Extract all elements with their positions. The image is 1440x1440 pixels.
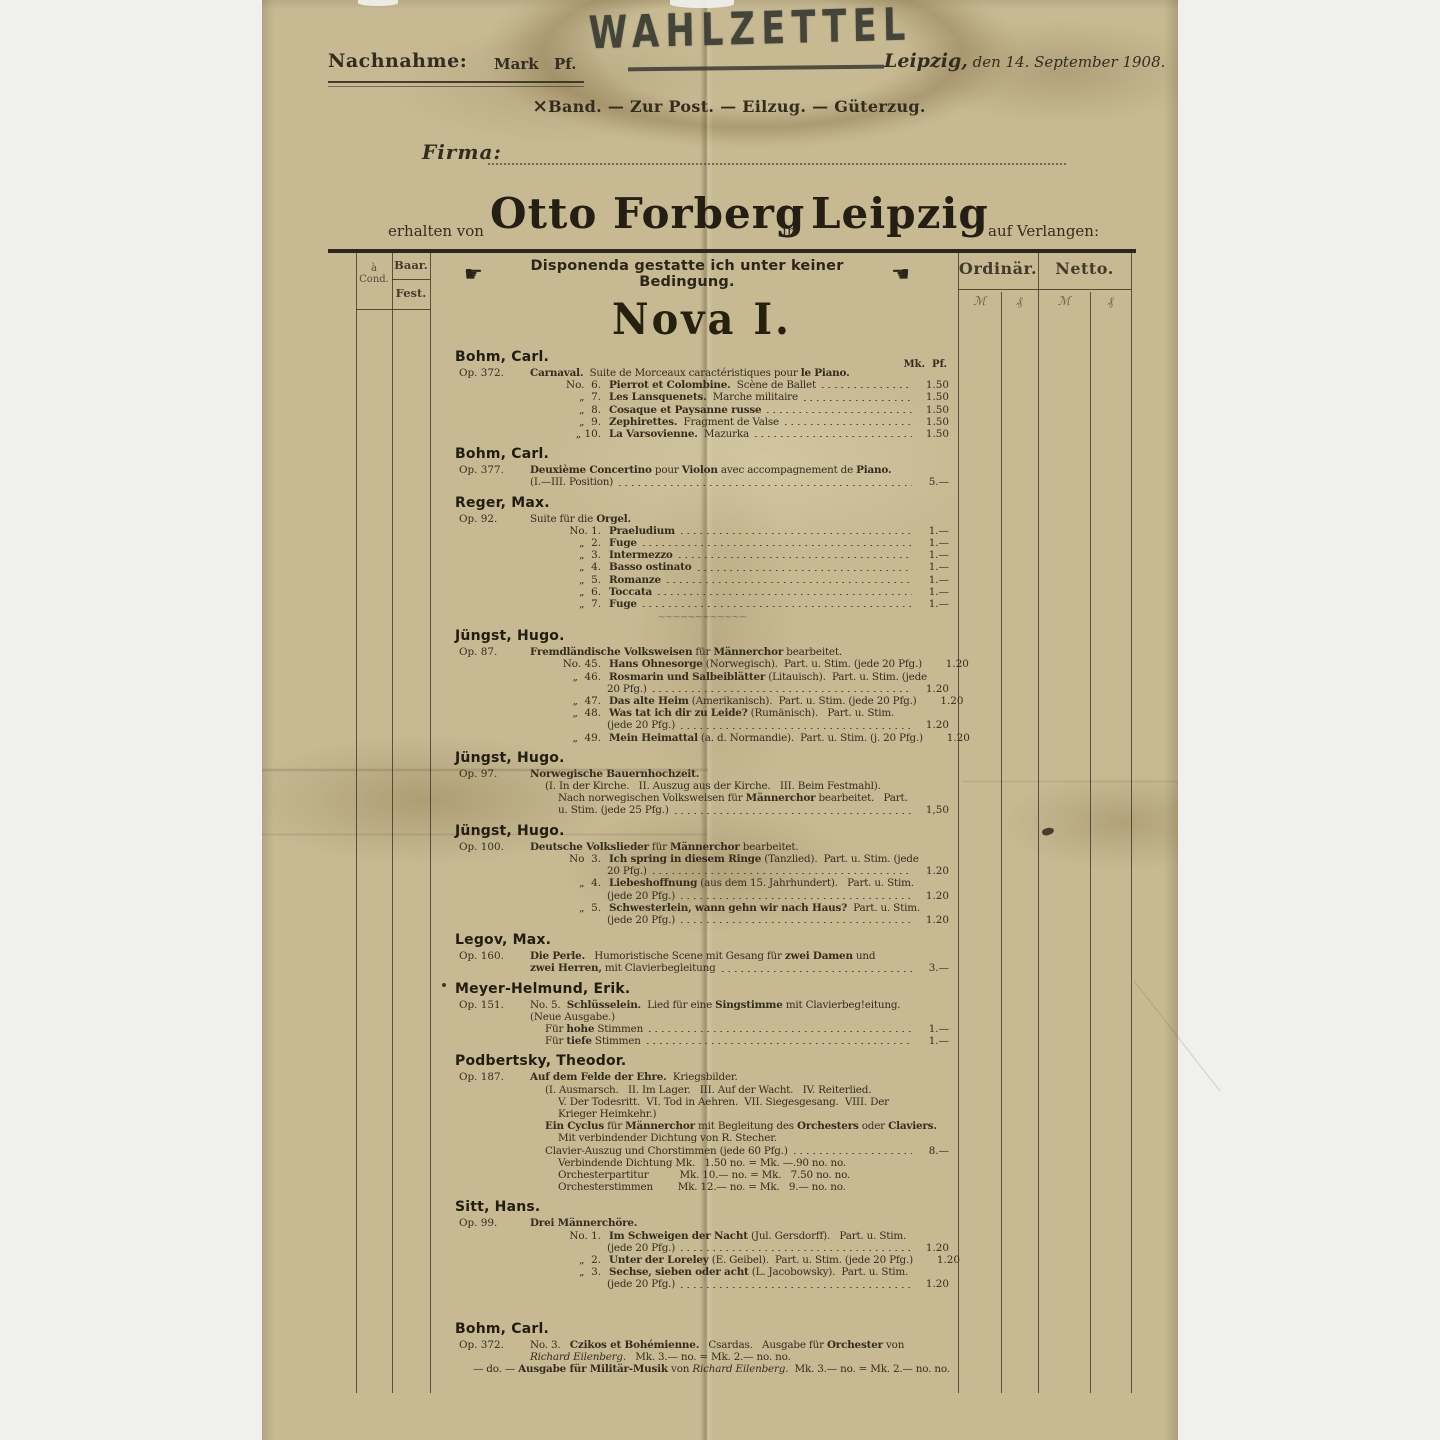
price: 1.— [915,561,949,573]
pf-label: Pf. [554,55,576,73]
shipping-options-line: ×Band. — Zur Post. — Eilzug. — Güterzug. [532,95,925,117]
price: 3.— [915,962,949,974]
catalog-row: No. 1.Praeludium1.— [455,525,949,537]
col-header-fest: Fest. [392,286,430,300]
catalog-row: „ 4.Basso ostinato1.— [455,561,949,573]
ink-speck [1041,826,1055,836]
dot-leader [929,740,933,741]
price: 1.— [915,1023,949,1035]
item-text: (Neue Ausgabe.) [530,1011,615,1023]
catalog-row: „ 9.Zephirettes. Fragment de Valse1.50 [455,416,949,428]
catalog-section: Podbertsky, Theodor.Op. 187.Auf dem Feld… [455,1053,949,1193]
catalog-row: — do. — Ausgabe für Militär-Musik von Ri… [455,1363,949,1375]
catalog-row: Verbindende Dichtung Mk. 1.50 no. = Mk. … [455,1157,949,1169]
price: 1.— [915,525,949,537]
mark-label: Mark [494,55,539,73]
item-text: Romanze [609,574,661,586]
price: 1.20 [936,732,970,744]
catalog-row: „ 2.Fuge1.— [455,537,949,549]
opus-label: Op. 99. [459,1217,527,1229]
item-text: Orchesterstimmen Mk. 12.— no. = Mk. 9.— … [558,1181,846,1193]
catalog-section: Jüngst, Hugo.Op. 87.Fremdländische Volks… [455,628,949,744]
catalog-row: Orchesterstimmen Mk. 12.— no. = Mk. 9.— … [455,1181,949,1193]
item-number: „ 7. [561,598,601,610]
catalog-section: Bohm, Carl.Op. 372.Carnaval. Suite de Mo… [455,349,949,440]
column-rule [356,253,357,1393]
dot-leader [681,1250,912,1251]
dot-leader [928,667,932,668]
catalog-row: Clavier-Auszug und Chorstimmen (jede 60 … [455,1145,949,1157]
catalog-row: Op. 160.Die Perle. Humoristische Scene m… [455,950,949,962]
catalog-row: „ 8.Cosaque et Paysanne russe1.50 [455,404,949,416]
catalog-section: Meyer-Helmund, Erik.Op. 151.No. 5. Schlü… [455,981,949,1048]
dot-leader [804,400,912,401]
item-number: „ 4. [561,561,601,573]
catalog-row: Op. 97.Norwegische Bauernhochzeit. [455,768,949,780]
opus-label: Op. 92. [459,513,527,525]
price: 1.— [915,549,949,561]
item-number: „ 2. [561,1254,601,1266]
item-number: „ 49. [561,732,601,744]
price: 1.20 [915,914,949,926]
item-text: Hans Ohnesorge (Norwegisch). Part. u. St… [609,658,922,670]
catalog-row: Op. 377.Deuxième Concertino pour Violon … [455,464,949,476]
dot-leader [681,533,912,534]
catalog-row: „ 3.Intermezzo1.— [455,549,949,561]
in-label: in [782,222,796,240]
item-text: (jede 20 Pfg.) [607,719,675,731]
dot-leader [794,1153,912,1154]
item-number: „ 47. [561,695,601,707]
item-text: u. Stim. (jede 25 Pfg.) [558,804,669,816]
item-number: No. 1. [561,525,601,537]
item-number: „ 4. [561,877,601,889]
nachnahme-underline [328,86,584,87]
catalog-row: (Neue Ausgabe.) [455,1011,949,1023]
pfennig-symbol: ₰ [1090,294,1131,309]
price: 1.50 [915,404,949,416]
received-prefix: erhalten von [388,222,484,240]
catalog-row: „ 10.La Varsovienne. Mazurka1.50 [455,428,949,440]
dot-leader [679,557,912,558]
composer-heading: Reger, Max. [455,495,949,511]
shipping-options: Band. — Zur Post. — Eilzug. — Güterzug. [548,97,926,116]
dot-leader [785,424,912,425]
cross-mark-icon: × [532,95,548,117]
item-text: Fuge [609,598,637,610]
price: 1.50 [915,391,949,403]
catalog-row: „ 7.Les Lansquenets. Marche militaire1.5… [455,391,949,403]
catalog-title: Nova I. [455,295,949,345]
dot-leader [923,703,927,704]
catalog-row: Op. 99.Drei Männerchöre. [455,1217,949,1229]
ink-dot [442,983,446,987]
opus-label: Op. 377. [459,464,527,476]
item-text: Ich spring in diesem Ringe (Tanzlied). P… [609,853,919,865]
catalog-row: Op. 372.No. 3. Czikos et Bohémienne. Csa… [455,1339,949,1351]
dot-leader [667,582,912,583]
catalog: Nova I. Mk. Pf. Bohm, Carl.Op. 372.Carna… [455,297,949,1375]
catalog-row: Für hohe Stimmen1.— [455,1023,949,1035]
catalog-row: „ 7.Fuge1.— [455,598,949,610]
item-text: (jede 20 Pfg.) [607,890,675,902]
catalog-row: Orchesterpartitur Mk. 10.— no. = Mk. 7.5… [455,1169,949,1181]
composer-heading: Bohm, Carl. [455,1321,949,1337]
column-rule [1131,253,1132,1393]
column-rule [958,253,959,1393]
catalog-sections: Bohm, Carl.Op. 372.Carnaval. Suite de Mo… [455,349,949,1375]
opus-label: Op. 160. [459,950,527,962]
price: 1.50 [915,428,949,440]
catalog-row: Richard Eilenberg. Mk. 3.— no. = Mk. 2.—… [455,1351,949,1363]
opus-label: Op. 87. [459,646,527,658]
item-text: Schwesterlein, wann gehn wir nach Haus? … [609,902,920,914]
item-text: Toccata [609,586,652,598]
catalog-section: Jüngst, Hugo.Op. 97.Norwegische Bauernho… [455,750,949,817]
dot-leader [649,1031,912,1032]
item-text: Norwegische Bauernhochzeit. [530,768,699,780]
catalog-section: Legov, Max.Op. 160.Die Perle. Humoristis… [455,932,949,974]
catalog-row: „ 2.Unter der Loreley (E. Geibel). Part.… [455,1254,949,1266]
item-text: (I. In der Kirche. II. Auszug aus der Ki… [545,780,881,792]
catalog-row: (jede 20 Pfg.)1.20 [455,719,949,731]
price: 1.20 [915,1278,949,1290]
catalog-row: zwei Herren, mit Clavierbegleitung3.— [455,962,949,974]
composer-heading: Jüngst, Hugo. [455,750,949,766]
item-number: No. 45. [561,658,601,670]
price: 1.— [915,598,949,610]
publisher-city: Leipzig [811,189,989,238]
item-number: „ 3. [561,549,601,561]
opus-label: Op. 372. [459,1339,527,1351]
item-text: Ein Cyclus für Männerchor mit Begleitung… [545,1120,937,1132]
item-text: Cosaque et Paysanne russe [609,404,761,416]
item-text: (I. Ausmarsch. II. Im Lager. III. Auf de… [545,1084,871,1096]
dot-leader [681,922,912,923]
header-divider-rule [392,279,430,280]
item-number: „ 2. [561,537,601,549]
catalog-row: „ 48.Was tat ich dir zu Leide? (Rumänisc… [455,707,949,719]
right-pointing-manicule-icon: ☛ [464,264,483,285]
dateline-city: Leipzig, [884,50,968,72]
item-text: Zephirettes. Fragment de Valse [609,416,779,428]
price: 1.20 [926,1254,960,1266]
price: 8.— [915,1145,949,1157]
item-text: Das alte Heim (Amerikanisch). Part. u. S… [609,695,917,707]
catalog-row: Op. 372.Carnaval. Suite de Morceaux cara… [455,367,949,379]
mark-symbol: ℳ [958,294,1001,308]
price: 1.20 [915,890,949,902]
opus-label: Op. 100. [459,841,527,853]
item-text: Drei Männerchöre. [530,1217,637,1229]
dot-leader [653,873,912,874]
item-text: Suite für die Orgel. [530,513,631,525]
received-suffix: auf Verlangen: [988,222,1099,240]
catalog-row: Op. 187.Auf dem Felde der Ehre. Kriegsbi… [455,1071,949,1083]
catalog-row: No 3.Ich spring in diesem Ringe (Tanzlie… [455,853,949,865]
mark-symbol: ℳ [1038,294,1090,308]
catalog-row: „ 46.Rosmarin und Salbeiblätter (Litauis… [455,671,949,683]
catalog-row: (jede 20 Pfg.)1.20 [455,914,949,926]
column-rule [1038,253,1039,1393]
horizontal-fold-crease [962,780,1178,783]
item-text: — do. — Ausgabe für Militär-Musik von Ri… [473,1363,950,1375]
composer-heading: Jüngst, Hugo. [455,628,949,644]
catalog-row: (I. In der Kirche. II. Auszug aus der Ki… [455,780,949,792]
catalog-section: Bohm, Carl.Op. 377.Deuxième Concertino p… [455,446,949,488]
diagonal-crease [1133,980,1221,1092]
header-divider-rule [356,309,430,310]
composer-heading: Meyer-Helmund, Erik. [455,981,949,997]
item-text: 20 Pfg.) [607,865,647,877]
column-rule [392,253,393,1393]
item-text: Mit verbindender Dichtung von R. Stecher… [558,1132,777,1144]
dot-leader [643,545,912,546]
col-header-a-cond: à Cond. [356,263,392,285]
catalog-row: u. Stim. (jede 25 Pfg.)1,50 [455,804,949,816]
dot-leader [698,570,912,571]
opus-label: Op. 372. [459,367,527,379]
item-text: 20 Pfg.) [607,683,647,695]
item-number: „ 46. [561,671,601,683]
paper-sheet: WAHLZETTEL Nachnahme: Mark Pf. Leipzig, … [262,0,1178,1440]
catalog-row: No. 6.Pierrot et Colombine. Scène de Bal… [455,379,949,391]
price: 1.— [915,1035,949,1047]
item-text: (I.—III. Position) [530,476,613,488]
item-text: Für hohe Stimmen [545,1023,643,1035]
item-number: No. 1. [561,1230,601,1242]
table-top-rule [328,249,1136,253]
dot-leader [681,1287,912,1288]
item-text: Deutsche Volkslieder für Männerchor bear… [530,841,798,853]
column-rule [430,253,431,1393]
price: 1.20 [915,1242,949,1254]
catalog-row: (jede 20 Pfg.)1.20 [455,890,949,902]
item-number: „ 6. [561,586,601,598]
item-text: Intermezzo [609,549,673,561]
item-number: No 3. [561,853,601,865]
column-rule [1001,292,1002,1393]
item-text: Carnaval. Suite de Morceaux caractéristi… [530,367,850,379]
dot-leader [619,485,912,486]
catalog-row: No. 1.Im Schweigen der Nacht (Jul. Gersd… [455,1230,949,1242]
catalog-row: Mit verbindender Dichtung von R. Stecher… [455,1132,949,1144]
item-text: Clavier-Auszug und Chorstimmen (jede 60 … [545,1145,788,1157]
item-number: „ 3. [561,1266,601,1278]
price: 1.20 [915,865,949,877]
catalog-row: (jede 20 Pfg.)1.20 [455,1278,949,1290]
item-text: Auf dem Felde der Ehre. Kriegsbilder. [530,1071,738,1083]
column-rule [1090,292,1091,1393]
dateline-date: den 14. September 1908. [968,53,1166,71]
col-header-netto: Netto. [1038,259,1131,278]
catalog-row: „ 4.Liebeshoffnung (aus dem 15. Jahrhund… [455,877,949,889]
catalog-row: 20 Pfg.)1.20 [455,865,949,877]
item-text: No. 3. Czikos et Bohémienne. Csardas. Au… [530,1339,904,1351]
nachnahme-underline [328,81,584,83]
item-text: Richard Eilenberg. Mk. 3.— no. = Mk. 2.—… [530,1351,791,1363]
catalog-row: „ 5.Schwesterlein, wann gehn wir nach Ha… [455,902,949,914]
item-text: La Varsovienne. Mazurka [609,428,749,440]
price: 5.— [915,476,949,488]
catalog-row: „ 3.Sechse, sieben oder acht (L. Jacobow… [455,1266,949,1278]
header-divider-rule [958,289,1131,290]
catalog-row: „ 6.Toccata1.— [455,586,949,598]
item-text: Orchesterpartitur Mk. 10.— no. = Mk. 7.5… [558,1169,850,1181]
item-text: Für tiefe Stimmen [545,1035,641,1047]
catalog-row: „ 5.Romanze1.— [455,574,949,586]
item-text: (jede 20 Pfg.) [607,1278,675,1290]
item-text: Fremdländische Volksweisen für Männercho… [530,646,842,658]
dot-leader [681,898,912,899]
item-text: No. 5. Schlüsselein. Lied für eine Sings… [530,999,900,1011]
catalog-section: Bohm, Carl.Op. 372.No. 3. Czikos et Bohé… [455,1321,949,1376]
price: 1.20 [915,719,949,731]
catalog-row: Op. 92.Suite für die Orgel. [455,513,949,525]
catalog-section: Sitt, Hans.Op. 99.Drei Männerchöre.No. 1… [455,1199,949,1290]
composer-heading: Bohm, Carl. [455,349,949,365]
item-number: „ 5. [561,574,601,586]
paper-tear-notch [358,0,398,6]
catalog-row: No. 45.Hans Ohnesorge (Norwegisch). Part… [455,658,949,670]
price: 1.— [915,586,949,598]
catalog-row: Op. 151.No. 5. Schlüsselein. Lied für ei… [455,999,949,1011]
item-number: No. 6. [561,379,601,391]
firma-fill-in-line [488,141,1066,165]
composer-heading: Bohm, Carl. [455,446,949,462]
item-number: „ 9. [561,416,601,428]
price: 1.20 [935,658,969,670]
price: 1,50 [915,804,949,816]
item-text: Praeludium [609,525,675,537]
nachnahme-label: Nachnahme: [328,50,467,72]
publisher-name: Otto Forberg [490,189,805,238]
item-text: (jede 20 Pfg.) [607,1242,675,1254]
item-text: Les Lansquenets. Marche militaire [609,391,798,403]
price: 1.— [915,537,949,549]
composer-heading: Sitt, Hans. [455,1199,949,1215]
left-pointing-manicule-icon: ☚ [891,264,910,285]
dateline: Leipzig, den 14. September 1908. [884,50,1165,72]
item-text: Krieger Heimkehr.) [558,1108,656,1120]
price: 1.50 [915,379,949,391]
item-number: „ 5. [561,902,601,914]
item-text: Rosmarin und Salbeiblätter (Litauisch). … [609,671,927,683]
dot-leader [653,691,912,692]
item-text: Liebeshoffnung (aus dem 15. Jahrhundert)… [609,877,914,889]
item-text: zwei Herren, mit Clavierbegleitung [530,962,716,974]
catalog-row: Krieger Heimkehr.) [455,1108,949,1120]
price: 1.20 [930,695,964,707]
catalog-row: Op. 100.Deutsche Volkslieder für Männerc… [455,841,949,853]
catalog-row: Nach norwegischen Volksweisen für Männer… [455,792,949,804]
catalog-row: Für tiefe Stimmen1.— [455,1035,949,1047]
disponenda-notice: Disponenda gestatte ich unter keiner Bed… [483,258,891,290]
dot-leader [681,728,912,729]
item-text: Nach norwegischen Volksweisen für Männer… [558,792,908,804]
col-header-ordinar: Ordinär. [958,259,1038,278]
item-text: Sechse, sieben oder acht (L. Jacobowsky)… [609,1266,908,1278]
catalog-row: (I. Ausmarsch. II. Im Lager. III. Auf de… [455,1084,949,1096]
catalog-row: (I.—III. Position)5.— [455,476,949,488]
price: 1.20 [915,683,949,695]
dot-leader [822,387,912,388]
item-text: Mein Heimattal (a. d. Normandie). Part. … [609,732,923,744]
dot-leader [722,971,912,972]
item-number: „ 7. [561,391,601,403]
pfennig-symbol: ₰ [1001,294,1038,309]
item-text: Unter der Loreley (E. Geibel). Part. u. … [609,1254,913,1266]
price: 1.50 [915,416,949,428]
item-text: Verbindende Dichtung Mk. 1.50 no. = Mk. … [558,1157,846,1169]
item-text: Pierrot et Colombine. Scène de Ballet [609,379,816,391]
item-text: (jede 20 Pfg.) [607,914,675,926]
item-text: V. Der Todesritt. VI. Tod in Aehren. VII… [558,1096,889,1108]
item-text: Im Schweigen der Nacht (Jul. Gersdorff).… [609,1230,906,1242]
item-text: Basso ostinato [609,561,692,573]
dot-leader [767,412,912,413]
col-header-baar: Baar. [392,258,430,272]
catalog-row: 20 Pfg.)1.20 [455,683,949,695]
dot-leader [658,594,912,595]
catalog-section: Jüngst, Hugo.Op. 100.Deutsche Volksliede… [455,823,949,926]
item-text: Fuge [609,537,637,549]
opus-label: Op. 187. [459,1071,527,1083]
dot-leader [643,606,912,607]
catalog-row: „ 47.Das alte Heim (Amerikanisch). Part.… [455,695,949,707]
item-text: Die Perle. Humoristische Scene mit Gesan… [530,950,875,962]
opus-label: Op. 97. [459,768,527,780]
stamp-underline [628,65,884,72]
squiggle-divider: ~~~~~~~~~~~~ [455,613,949,622]
item-number: „ 10. [561,428,601,440]
catalog-row: Op. 87.Fremdländische Volksweisen für Mä… [455,646,949,658]
opus-label: Op. 151. [459,999,527,1011]
disponenda-notice-row: ☛ Disponenda gestatte ich unter keiner B… [464,258,910,290]
catalog-row: „ 49.Mein Heimattal (a. d. Normandie). P… [455,732,949,744]
composer-heading: Jüngst, Hugo. [455,823,949,839]
dot-leader [755,436,912,437]
composer-heading: Podbertsky, Theodor. [455,1053,949,1069]
price: 1.— [915,574,949,586]
composer-heading: Legov, Max. [455,932,949,948]
dot-leader [647,1043,912,1044]
item-number: „ 48. [561,707,601,719]
catalog-section: Reger, Max.Op. 92.Suite für die Orgel.No… [455,495,949,611]
item-text: Was tat ich dir zu Leide? (Rumänisch). P… [609,707,894,719]
dot-leader [675,813,912,814]
catalog-row: Ein Cyclus für Männerchor mit Begleitung… [455,1120,949,1132]
item-text: Deuxième Concertino pour Violon avec acc… [530,464,891,476]
stamp-title: WAHLZETTEL [588,2,912,56]
catalog-row: V. Der Todesritt. VI. Tod in Aehren. VII… [455,1096,949,1108]
catalog-row: (jede 20 Pfg.)1.20 [455,1242,949,1254]
dot-leader [919,1262,923,1263]
item-number: „ 8. [561,404,601,416]
